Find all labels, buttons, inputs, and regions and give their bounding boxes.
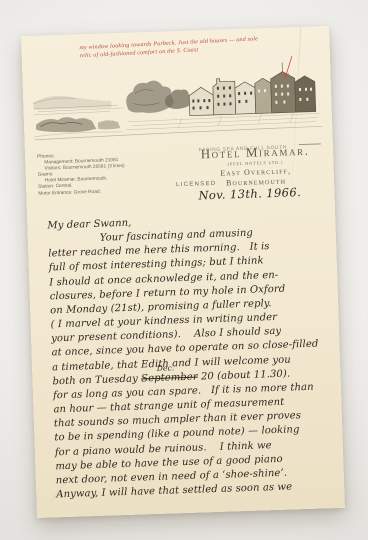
red-pen-arrow — [283, 56, 293, 77]
letterhead-name-block: Hotel Miramar. (PEEL HOTELS LTD.) East O… — [185, 142, 326, 189]
dateline-struck-month: September — [141, 371, 198, 384]
letter-body: My dear Swann, Your fascinating and amus… — [47, 210, 340, 502]
dateline-post: 20 (about 11.30). — [198, 368, 291, 382]
hotel-illustration-sketch — [30, 53, 324, 143]
dateline-pre: both on Tuesday — [52, 373, 141, 387]
letterhead-contact-block: Phones: Management: Bournemouth 21081 Vi… — [37, 151, 158, 198]
letter-date: Nov. 13th. 1966. — [198, 185, 301, 202]
distant-cliffs — [33, 94, 111, 110]
letter-paper: my window looking towards Purbeck. Just … — [21, 26, 345, 518]
trees — [126, 79, 191, 113]
dateline-inserted-month: Dec. — [157, 365, 175, 373]
dateline-correction: Dec.September — [141, 370, 198, 386]
photograph-background: my window looking towards Purbeck. Just … — [0, 0, 368, 540]
beach-rocks — [34, 115, 123, 136]
